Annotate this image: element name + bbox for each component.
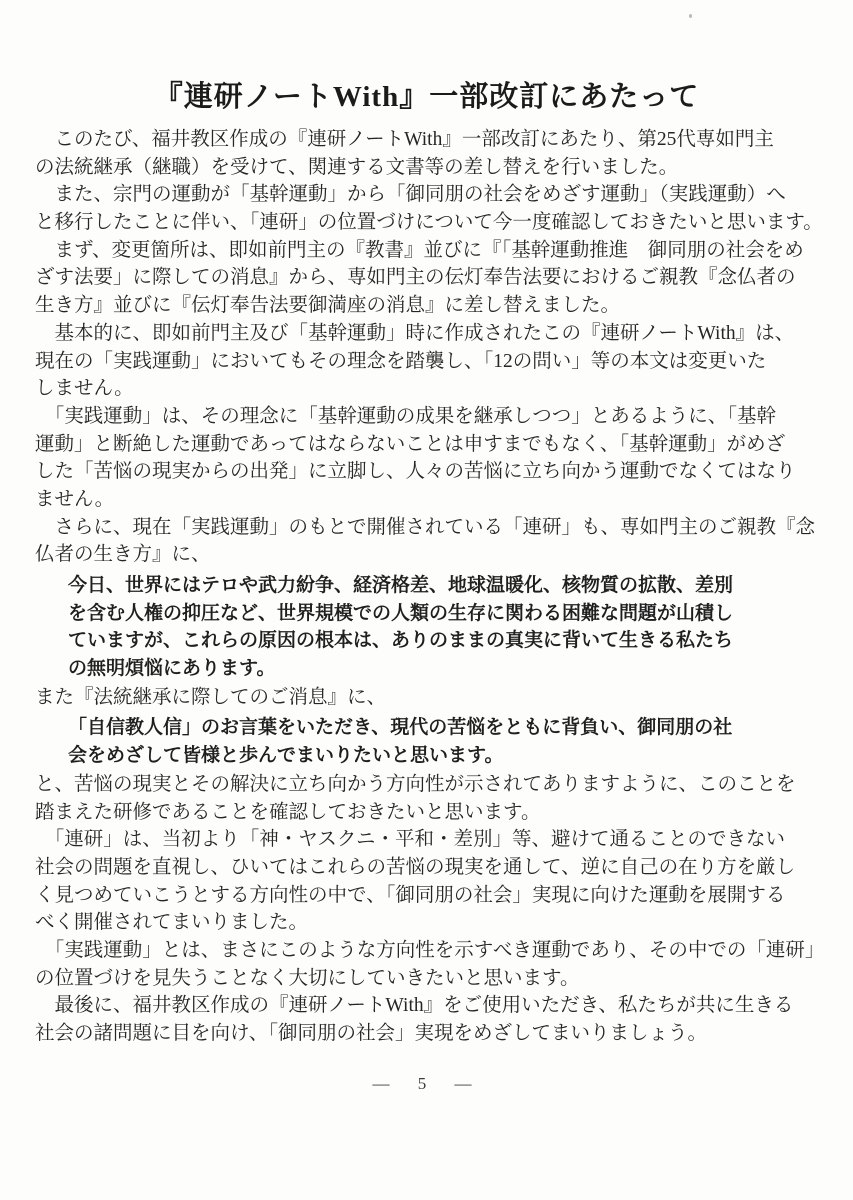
text-line: また、宗門の運動が「基幹運動」から「御同朋の社会をめざす運動」（実践運動）へ <box>35 181 823 209</box>
text-line: と、苦悩の現実とその解決に立ち向かう方向性が示されてありますように、このことを <box>35 771 823 799</box>
text-line: ません。 <box>35 486 823 514</box>
text-line: 「自信教人信」のお言葉をいただき、現代の苦悩をともに背負い、御同朋の社 <box>68 714 823 742</box>
text-line: さらに、現在「実践運動」のもとで開催されている「連研」も、専如門主のご親教『念 <box>35 514 823 542</box>
paragraph-block: このたび、福井教区作成の『連研ノートWith』一部改訂にあたり、第25代専如門主… <box>35 126 823 569</box>
text-line: しません。 <box>35 375 823 403</box>
text-line: このたび、福井教区作成の『連研ノートWith』一部改訂にあたり、第25代専如門主 <box>35 126 823 154</box>
text-line: 社会の諸問題に目を向け、「御同朋の社会」実現をめざしてまいりましょう。 <box>35 1020 823 1048</box>
document-body: このたび、福井教区作成の『連研ノートWith』一部改訂にあたり、第25代専如門主… <box>35 126 823 1048</box>
quote-block: 「自信教人信」のお言葉をいただき、現代の苦悩をともに背負い、御同朋の社会をめざし… <box>35 714 823 769</box>
text-line: 会をめざして皆様と歩んでまいりたいと思います。 <box>68 742 823 770</box>
text-line: 生き方』並びに『伝灯奉告法要御満座の消息』に差し替えました。 <box>35 292 823 320</box>
text-line: と移行したことに伴い、「連研」の位置づけについて今一度確認しておきたいと思います… <box>35 209 823 237</box>
text-line: の無明煩悩にあります。 <box>68 655 823 683</box>
text-line: 基本的に、即如前門主及び「基幹運動」時に作成されたこの『連研ノートWith』は、 <box>35 320 823 348</box>
text-line: 「実践運動」は、その理念に「基幹運動の成果を継承しつつ」とあるように、「基幹 <box>35 403 823 431</box>
text-line: 社会の問題を直視し、ひいてはこれらの苦悩の現実を通して、逆に自己の在り方を厳し <box>35 854 823 882</box>
paragraph-block: と、苦悩の現実とその解決に立ち向かう方向性が示されてありますように、このことを踏… <box>35 771 823 1048</box>
text-line: また『法統継承に際してのご消息』に、 <box>35 684 823 712</box>
text-line: 今日、世界にはテロや武力紛争、経済格差、地球温暖化、核物質の拡散、差別 <box>68 572 823 600</box>
text-line: 最後に、福井教区作成の『連研ノートWith』をご使用いただき、私たちが共に生きる <box>35 992 823 1020</box>
text-line: の法統継承（継職）を受けて、関連する文書等の差し替えを行いました。 <box>35 154 823 182</box>
text-line: 踏まえた研修であることを確認しておきたいと思います。 <box>35 799 823 827</box>
text-line: 「実践運動」とは、まさにこのような方向性を示すべき運動であり、その中での「連研」 <box>35 937 823 965</box>
scan-artifact-speck <box>689 14 692 18</box>
text-line: 仏者の生き方』に、 <box>35 541 823 569</box>
text-line: の位置づけを見失うことなく大切にしていきたいと思います。 <box>35 965 823 993</box>
text-line: ざす法要」に際しての消息』から、専如門主の伝灯奉告法要におけるご親教『念仏者の <box>35 264 823 292</box>
text-line: べく開催されてまいりました。 <box>35 909 823 937</box>
page-number: — 5 — <box>0 1074 853 1094</box>
scanned-document-page: 『連研ノートWith』一部改訂にあたって このたび、福井教区作成の『連研ノートW… <box>0 0 853 1200</box>
text-line: まず、変更箇所は、即如前門主の『教書』並びに『「基幹運動推進 御同朋の社会をめ <box>35 237 823 265</box>
text-line: ていますが、これらの原因の根本は、ありのままの真実に背いて生きる私たち <box>68 627 823 655</box>
text-line: を含む人権の抑圧など、世界規模での人類の生存に関わる困難な問題が山積し <box>68 600 823 628</box>
quote-block: 今日、世界にはテロや武力紛争、経済格差、地球温暖化、核物質の拡散、差別を含む人権… <box>35 572 823 683</box>
text-line: 運動」と断絶した運動であってはならないことは申すまでもなく、「基幹運動」がめざ <box>35 431 823 459</box>
text-line: した「苦悩の現実からの出発」に立脚し、人々の苦悩に立ち向かう運動でなくてはなり <box>35 458 823 486</box>
paragraph-block: また『法統継承に際してのご消息』に、 <box>35 684 823 712</box>
document-title: 『連研ノートWith』一部改訂にあたって <box>0 0 853 115</box>
text-line: く見つめていこうとする方向性の中で、「御同朋の社会」実現に向けた運動を展開する <box>35 882 823 910</box>
text-line: 「連研」は、当初より「神・ヤスクニ・平和・差別」等、避けて通ることのできない <box>35 826 823 854</box>
text-line: 現在の「実践運動」においてもその理念を踏襲し、「12の問い」等の本文は変更いた <box>35 348 823 376</box>
